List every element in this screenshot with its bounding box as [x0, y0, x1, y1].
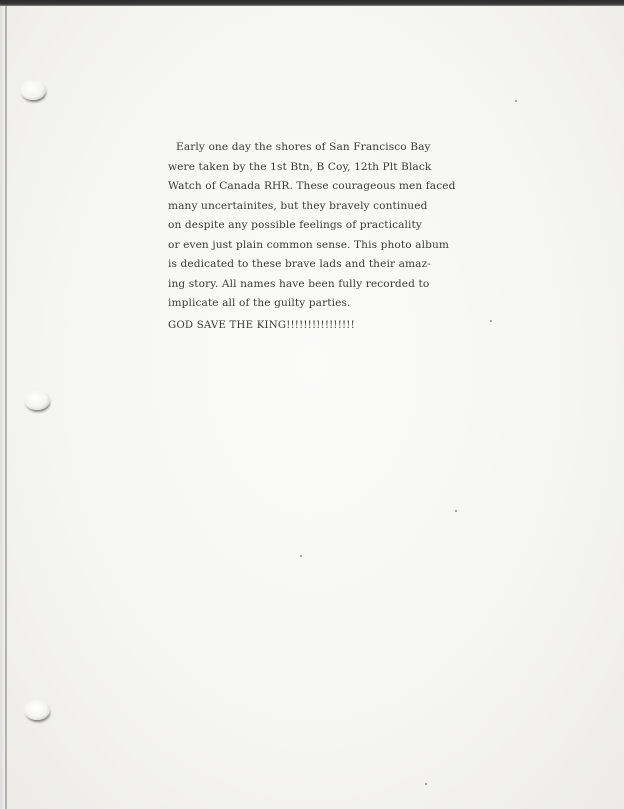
scanned-page: Early one day the shores of San Francisc…	[0, 0, 624, 809]
dust-speck	[490, 320, 492, 322]
closing-line: GOD SAVE THE KING!!!!!!!!!!!!!!!!	[168, 320, 355, 331]
dust-speck	[455, 510, 457, 512]
dedication-paragraph: Early one day the shores of San Francisc…	[168, 138, 488, 314]
paragraph-line: many uncertainites, but they bravely con…	[168, 197, 488, 217]
paragraph-line: were taken by the 1st Btn, B Coy, 12th P…	[168, 158, 488, 178]
paragraph-line: is dedicated to these brave lads and the…	[168, 255, 488, 275]
paragraph-line: on despite any possible feelings of prac…	[168, 216, 488, 236]
paragraph-line: or even just plain common sense. This ph…	[168, 236, 488, 256]
paragraph-line: implicate all of the guilty parties.	[168, 294, 488, 314]
paragraph-line: Early one day the shores of San Francisc…	[168, 138, 488, 158]
punch-hole-bottom	[24, 700, 50, 720]
punch-hole-top	[20, 80, 46, 100]
punch-hole-middle	[24, 390, 50, 410]
paragraph-line: Watch of Canada RHR. These courageous me…	[168, 177, 488, 197]
dust-speck	[515, 100, 517, 102]
paragraph-line: ing story. All names have been fully rec…	[168, 275, 488, 295]
scan-top-edge	[0, 0, 624, 6]
page-left-edge	[5, 6, 7, 809]
dust-speck	[300, 555, 302, 557]
dust-speck	[425, 783, 427, 785]
